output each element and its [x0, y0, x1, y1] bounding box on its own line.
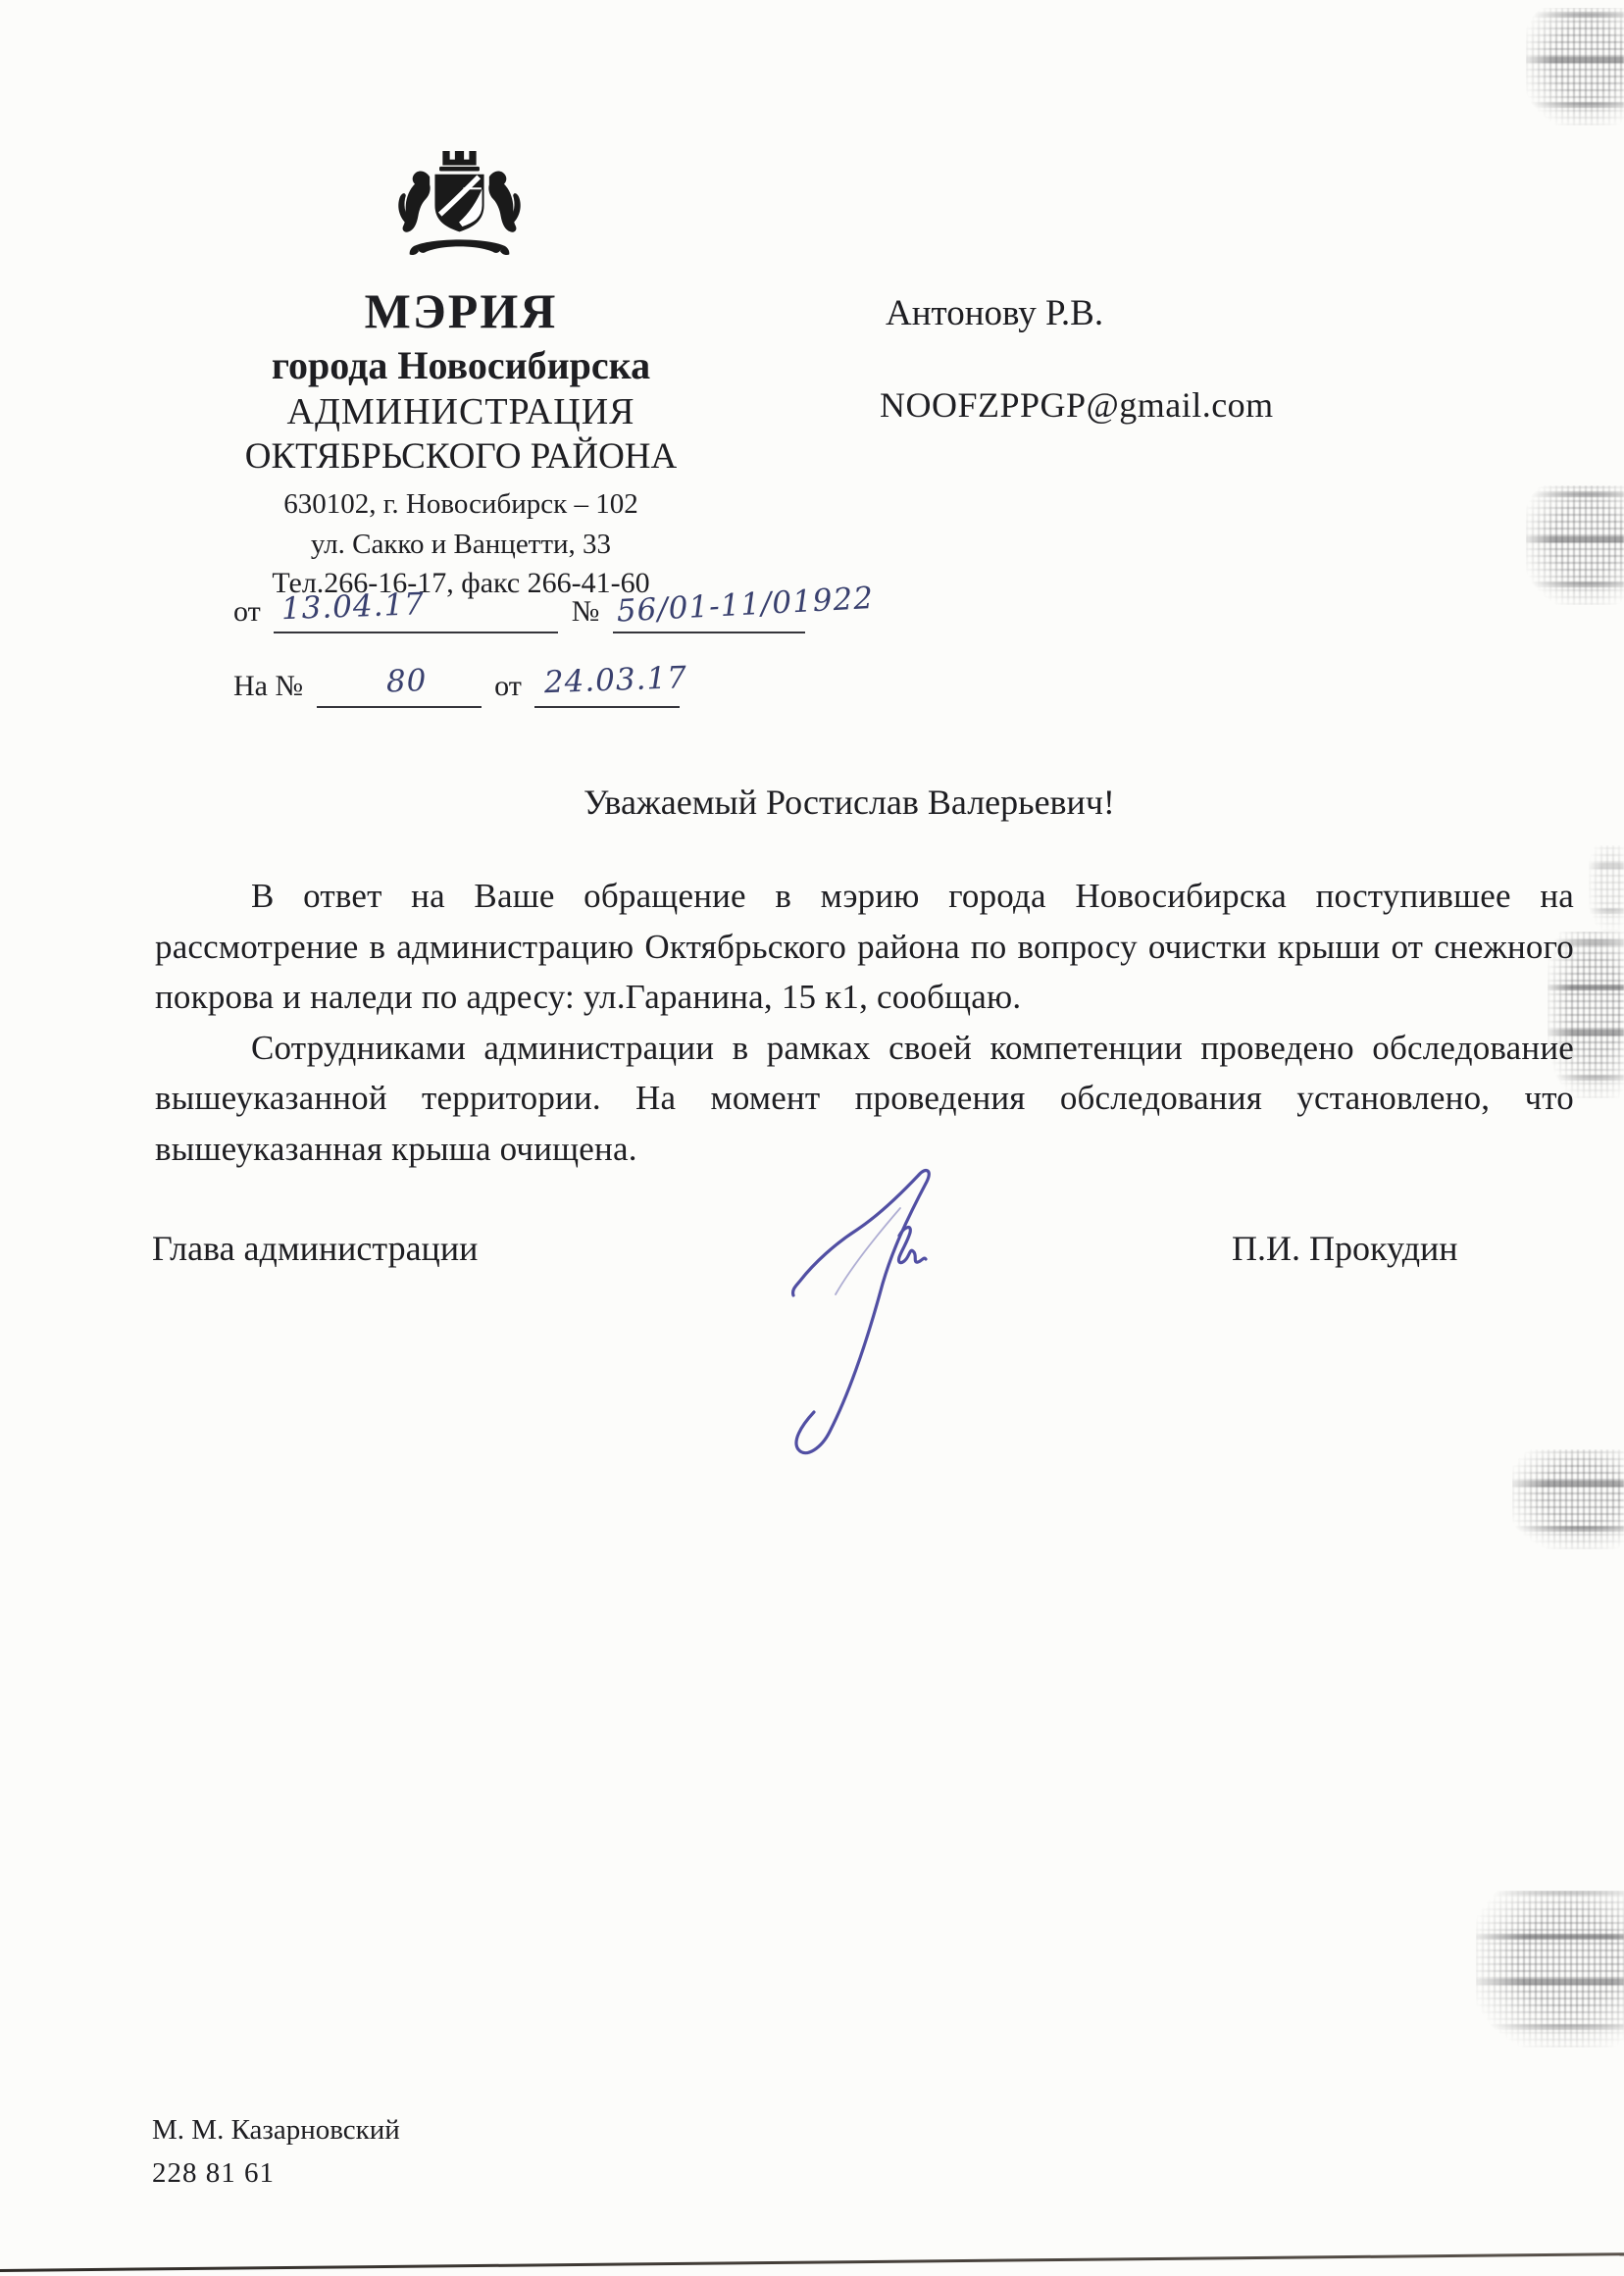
org-street-address: ул. Сакко и Ванцетти, 33	[206, 529, 716, 561]
scan-noise-artifact	[1589, 845, 1624, 932]
handwritten-outgoing-date: 13.04.17	[280, 582, 425, 631]
signer-name: П.И. Прокудин	[1232, 1228, 1458, 1269]
executor-phone: 228 81 61	[152, 2157, 275, 2190]
handwritten-incoming-number: 80	[385, 659, 428, 703]
handwritten-signature	[753, 1145, 981, 1500]
incoming-reference-line: На № 80 от 24.03.17	[233, 663, 685, 708]
recipient-email: NOOFZPPGP@gmail.com	[880, 384, 1274, 426]
org-postal-address: 630102, г. Новосибирск – 102	[206, 488, 716, 521]
executor-name: М. М. Казарновский	[152, 2114, 400, 2147]
novosibirsk-coat-of-arms-icon	[388, 147, 531, 277]
letter-body: В ответ на Ваше обращение в мэрию города…	[155, 871, 1574, 1174]
outgoing-number-label: №	[572, 590, 600, 633]
scan-noise-artifact	[1512, 1449, 1624, 1549]
recipient-name: Антонову Р.В.	[886, 292, 1103, 334]
signer-position-title: Глава администрации	[152, 1228, 478, 1269]
org-name-line1: МЭРИЯ	[206, 282, 716, 339]
scanned-letter-page: МЭРИЯ города Новосибирска АДМИНИСТРАЦИЯ …	[0, 0, 1624, 2276]
incoming-number-field: 80	[317, 663, 482, 708]
scan-noise-artifact	[1476, 1891, 1624, 2048]
outgoing-date-field: 13.04.17	[274, 588, 558, 633]
salutation: Уважаемый Ростислав Валерьевич!	[584, 782, 1115, 823]
outgoing-from-label: от	[233, 590, 261, 633]
handwritten-incoming-date: 24.03.17	[543, 656, 687, 704]
scan-noise-artifact	[1526, 485, 1624, 605]
outgoing-reference-line: от 13.04.17 № 56/01-11/01922	[233, 588, 811, 633]
org-name-line4: ОКТЯБРЬСКОГО РАЙОНА	[206, 435, 716, 478]
scan-noise-artifact	[1526, 8, 1624, 126]
incoming-number-label: На №	[233, 665, 303, 708]
outgoing-number-field: 56/01-11/01922	[613, 588, 805, 633]
body-paragraph: В ответ на Ваше обращение в мэрию города…	[155, 871, 1574, 1023]
incoming-from-label: от	[494, 665, 522, 708]
org-name-line3: АДМИНИСТРАЦИЯ	[206, 390, 716, 433]
org-name-line2: города Новосибирска	[206, 342, 716, 388]
scan-noise-artifact	[1548, 932, 1624, 1098]
scan-edge-line	[0, 2252, 1624, 2272]
incoming-date-field: 24.03.17	[534, 663, 680, 708]
